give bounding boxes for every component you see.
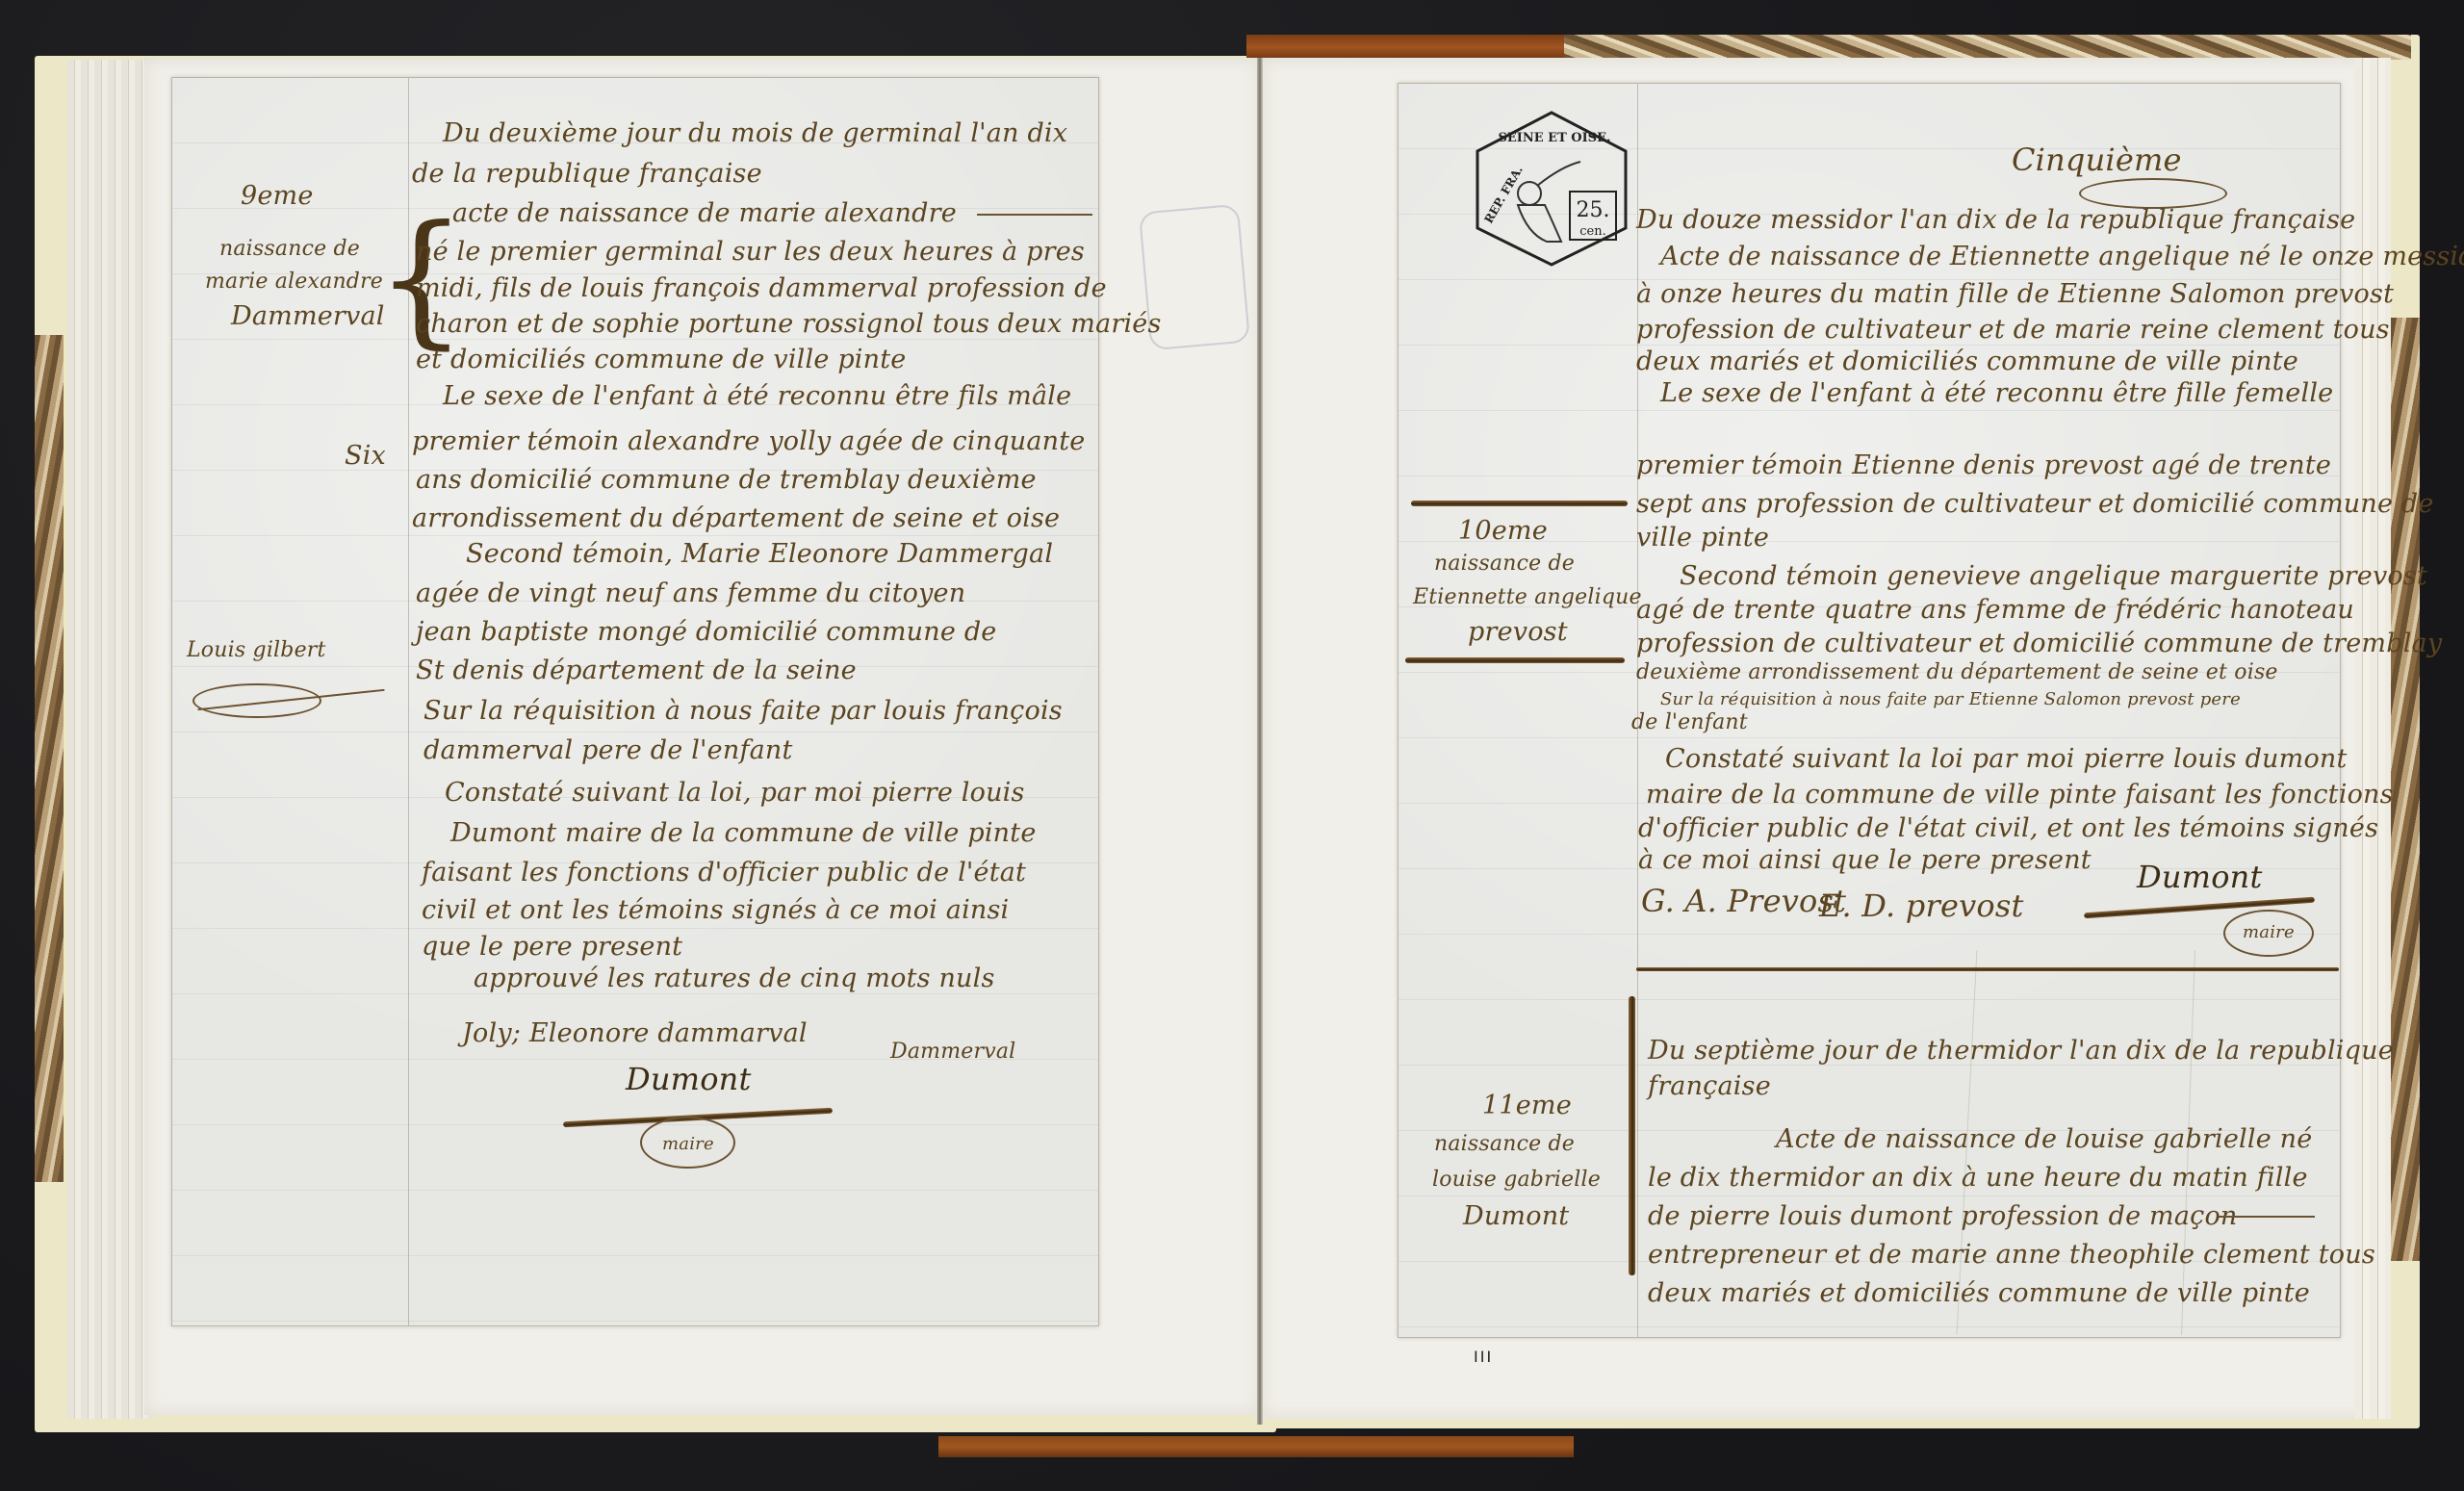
line-filler	[2219, 1216, 2315, 1218]
margin-label-line2: marie alexandre	[205, 271, 383, 293]
text-line: et domiciliés commune de ville pinte	[416, 347, 906, 373]
text-line: Dumont maire de la commune de ville pint…	[450, 820, 1037, 846]
margin-entry-number: 9eme	[241, 183, 314, 209]
text-line: Constaté suivant la loi par moi pierre l…	[1665, 746, 2348, 772]
signature-father: Dammerval	[890, 1041, 1015, 1063]
margin-label-line3: Dammerval	[231, 303, 385, 329]
text-line: charon et de sophie portune rossignol to…	[416, 311, 1162, 337]
margin-signature-louis-gilbert: Louis gilbert	[187, 640, 326, 661]
entry-separator-rule	[1405, 657, 1625, 663]
text-line: deuxième arrondissement du département d…	[1636, 662, 2278, 683]
margin-label-line1: naissance de	[1434, 1134, 1575, 1155]
text-line: Sur la réquisition à nous faite par Etie…	[1660, 691, 2241, 708]
text-line: le dix thermidor an dix à une heure du m…	[1648, 1165, 2308, 1191]
mayor-title: maire	[2243, 924, 2295, 941]
text-line: acte de naissance de marie alexandre	[452, 200, 957, 226]
text-line: ville pinte	[1636, 525, 1769, 551]
line-filler	[977, 214, 1092, 216]
marbled-paper-top	[1564, 35, 2411, 60]
text-line: St denis département de la seine	[416, 657, 857, 683]
margin-label-line2: louise gabrielle	[1432, 1170, 1601, 1191]
text-line: française	[1648, 1073, 1771, 1099]
text-line: Constaté suivant la loi, par moi pierre …	[445, 780, 1025, 806]
text-line: Du douze messidor l'an dix de la republi…	[1636, 207, 2355, 233]
text-line: civil et ont les témoins signés à ce moi…	[422, 897, 1009, 923]
text-line: né le premier germinal sur les deux heur…	[416, 239, 1085, 265]
entry-separator-rule	[1411, 501, 1628, 506]
text-line: approuvé les ratures de cinq mots nuls	[474, 965, 995, 991]
svg-text:25.: 25.	[1577, 198, 1610, 222]
text-line: Acte de naissance de louise gabrielle né	[1776, 1126, 2312, 1152]
signature-witness1: G. A. Prevost	[1641, 886, 1846, 916]
text-line: jean baptiste mongé domicilié commune de	[416, 619, 996, 645]
leather-spine-top	[1246, 35, 1564, 60]
marbled-paper-left	[35, 335, 64, 1182]
text-line: premier témoin Etienne denis prevost agé…	[1636, 452, 2331, 478]
text-line: faisant les fonctions d'officier public …	[422, 860, 1026, 886]
text-line: Second témoin, Marie Eleonore Dammergal	[466, 541, 1053, 567]
text-line: Le sexe de l'enfant à été reconnu être f…	[1660, 380, 2333, 406]
margin-entry-number: 11eme	[1482, 1093, 1572, 1118]
text-line: de l'enfant	[1631, 712, 1748, 733]
page-heading-cinquieme: Cinquième	[2012, 144, 2182, 175]
text-line: de pierre louis dumont profession de maç…	[1648, 1203, 2238, 1229]
page-stack-left	[67, 60, 154, 1419]
text-line: Du deuxième jour du mois de germinal l'a…	[443, 120, 1067, 146]
text-line: Le sexe de l'enfant à été reconnu être f…	[443, 383, 1071, 409]
book-gutter	[1257, 58, 1263, 1425]
text-line: Second témoin genevieve angelique margue…	[1680, 563, 2427, 589]
text-line: deux mariés et domiciliés commune de vil…	[1648, 1280, 2310, 1306]
folio-mark: III	[1474, 1348, 1493, 1366]
entry-separator-rule	[1636, 967, 2339, 971]
text-line: Acte de naissance de Etiennette angeliqu…	[1660, 244, 2464, 270]
text-line: dammerval pere de l'enfant	[423, 737, 793, 763]
marbled-paper-right	[2391, 318, 2420, 1261]
margin-note-six: Six	[345, 443, 386, 469]
signature-witnesses: Joly; Eleonore dammarval	[462, 1020, 808, 1046]
text-line: ans domicilié commune de tremblay deuxiè…	[416, 467, 1037, 493]
text-line: de la republique française	[412, 161, 762, 187]
text-line: sept ans profession de cultivateur et do…	[1636, 491, 2434, 517]
mayor-title: maire	[662, 1136, 714, 1153]
margin-entry-number: 10eme	[1458, 518, 1548, 544]
text-line: à ce moi ainsi que le pere present	[1638, 847, 2092, 873]
svg-text:SEINE ET OISE.: SEINE ET OISE.	[1498, 131, 1610, 145]
entry-vertical-bar	[1629, 996, 1635, 1275]
text-line: à onze heures du matin fille de Etienne …	[1636, 281, 2394, 307]
margin-label-line3: Dumont	[1463, 1203, 1569, 1229]
signature-witness2: E. D. prevost	[1819, 890, 2024, 921]
margin-label-line3: prevost	[1468, 619, 1568, 645]
text-line: Sur la réquisition à nous faite par loui…	[423, 698, 1063, 724]
text-line: profession de cultivateur et domicilié c…	[1636, 630, 2442, 656]
text-line: Du septième jour de thermidor l'an dix d…	[1648, 1038, 2394, 1064]
text-line: profession de cultivateur et de marie re…	[1636, 317, 2390, 343]
text-line: agé de trente quatre ans femme de frédér…	[1636, 597, 2354, 623]
text-line: entrepreneur et de marie anne theophile …	[1648, 1242, 2375, 1268]
text-line: midi, fils de louis françois dammerval p…	[416, 275, 1107, 301]
text-line: agée de vingt neuf ans femme du citoyen	[416, 580, 965, 606]
svg-text:cen.: cen.	[1579, 224, 1605, 239]
tax-stamp-seine-et-oise: 25. cen. SEINE ET OISE. REP. FRA.	[1470, 109, 1633, 269]
margin-label-line1: naissance de	[219, 239, 360, 260]
margin-label-line2: Etiennette angelique	[1413, 587, 1642, 608]
text-line: premier témoin alexandre yolly agée de c…	[412, 428, 1085, 454]
leather-spine-bottom	[938, 1436, 1574, 1457]
text-line: maire de la commune de ville pinte faisa…	[1646, 782, 2394, 808]
text-line: d'officier public de l'état civil, et on…	[1638, 815, 2378, 841]
margin-label-line1: naissance de	[1434, 553, 1575, 575]
signature-mayor: Dumont	[626, 1064, 752, 1094]
text-line: arrondissement du département de seine e…	[412, 505, 1060, 531]
signature-mayor: Dumont	[2137, 861, 2263, 892]
stamp-icon: 25. cen. SEINE ET OISE. REP. FRA.	[1470, 109, 1633, 269]
signature-flourish	[192, 683, 321, 718]
text-line: que le pere present	[422, 934, 682, 960]
text-line: deux mariés et domiciliés commune de vil…	[1636, 348, 2298, 374]
